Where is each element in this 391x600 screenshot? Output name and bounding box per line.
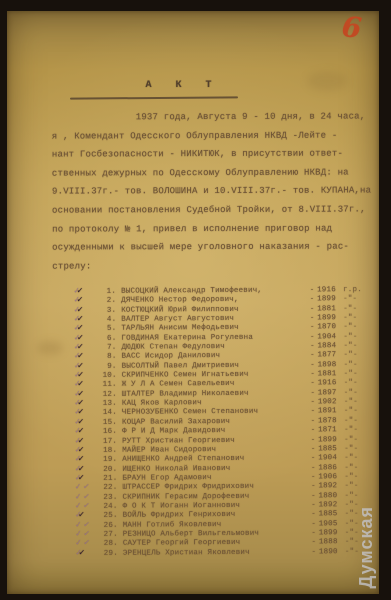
row-number: 13.: [99, 400, 117, 408]
checkmarks: ✓✓: [76, 550, 100, 557]
check-icon: ✓: [78, 465, 84, 472]
ditto-mark: г.р.: [343, 286, 371, 294]
separator-dash: -: [308, 370, 318, 378]
separator-dash: -: [309, 501, 319, 509]
birth-year: 1916: [318, 380, 344, 388]
separator-dash: -: [308, 492, 318, 500]
person-name: САУТЕР Георгий Георгиевич: [123, 539, 309, 548]
row-number: 10.: [99, 372, 117, 380]
birth-year: 1905: [319, 520, 345, 528]
ditto-mark: -"-: [344, 445, 372, 453]
check-icon: ✓: [77, 353, 83, 360]
ditto-mark: -"-: [343, 314, 371, 322]
person-name: ВЫСОЛТЫЙ Павел Дмитриевич: [122, 361, 308, 370]
separator-dash: -: [309, 511, 319, 519]
check-icon: ✓: [77, 428, 83, 435]
row-number: 8.: [99, 353, 117, 361]
person-name: ДЯЧЕНКО Нестор Федорович,: [121, 296, 307, 305]
ditto-mark: -"-: [344, 389, 372, 397]
birth-year: 1904: [317, 333, 343, 341]
row-number: 15.: [99, 419, 117, 427]
check-icon: ✓: [78, 549, 84, 556]
handwritten-page-number: 6: [340, 10, 363, 45]
person-name: ВАЛТЕР Август Августович: [121, 314, 307, 323]
ditto-mark: -"-: [344, 435, 372, 443]
birth-year: 1899: [317, 296, 343, 304]
check-icon: ✓: [77, 297, 83, 304]
person-name: КОСТЮЦКИЙ Юрий Филиппович: [121, 305, 307, 314]
person-name: МАНН Готлиб Яковлевич: [123, 520, 309, 529]
birth-year: 1891: [318, 408, 344, 416]
separator-dash: -: [308, 436, 318, 444]
ditto-mark: -"-: [343, 342, 371, 350]
ditto-mark: -"-: [344, 473, 372, 481]
birth-year: 1885: [319, 510, 345, 518]
checkmarks: ✓✓: [74, 297, 98, 304]
birth-year: 1870: [317, 324, 343, 332]
separator-dash: -: [307, 296, 317, 304]
check-icon: ✓: [83, 540, 90, 548]
ditto-mark: -"-: [344, 398, 372, 406]
birth-year: 1881: [317, 305, 343, 313]
row-number: 28.: [100, 540, 118, 548]
birth-year: 1886: [318, 464, 344, 472]
person-name: РУТТ Христиан Георгиевич: [122, 436, 308, 445]
person-name: БРАУН Егор Адамович: [122, 473, 308, 482]
separator-dash: -: [307, 342, 317, 350]
separator-dash: -: [307, 324, 317, 332]
title-underline: [70, 96, 238, 99]
birth-year: 1888: [319, 538, 345, 546]
person-name: КОЦАР Василий Захарович: [122, 417, 308, 426]
paragraph-line: осужденными к высшей мере уголовного нак…: [52, 242, 378, 262]
row-number: 29.: [100, 549, 118, 557]
separator-dash: -: [307, 286, 317, 294]
birth-year: 1884: [317, 342, 343, 350]
executed-list: ✓✓1.ВЫСОЦКИЙ Александр Тимофеевич,-1916г…: [74, 286, 380, 559]
paragraph-line: по протоколу № 1, привел в исполнение пр…: [52, 223, 378, 243]
paragraph-line: 9.VIII.37г.- тов. ВОЛОШИНА и 10.VIII.37г…: [52, 186, 378, 206]
person-name: СКРИПЧЕНКО Семен Игнатьевич: [122, 371, 308, 380]
ditto-mark: -"-: [344, 370, 372, 378]
document-page: 6 А К Т 1937 года, Августа 9 - 10 дня, в…: [7, 11, 379, 594]
birth-year: 1898: [318, 361, 344, 369]
check-icon: ✓: [83, 484, 90, 492]
person-name: Ж У Л А Семен Савельевич: [122, 380, 308, 389]
check-icon: ✓: [77, 325, 83, 332]
separator-dash: -: [307, 305, 317, 313]
row-number: 2.: [98, 297, 116, 305]
birth-year: 1871: [318, 426, 344, 434]
separator-dash: -: [308, 455, 318, 463]
checkmarks: ✓✓: [75, 363, 99, 370]
paragraph-line: основании постановления Судебной Тройки,…: [52, 204, 378, 224]
ditto-mark: -"-: [344, 492, 372, 500]
checkmarks: ✓✓: [75, 409, 99, 416]
row-number: 6.: [98, 334, 116, 342]
paragraph-line: стрелу:: [52, 260, 378, 280]
person-name: ВОЙЛЬ Фридрих Генрихович: [123, 511, 309, 520]
check-icon: ✓: [75, 484, 81, 492]
person-name: МАЙЕР Иван Сидорович: [122, 445, 308, 454]
checkmarks: ✓✓: [75, 493, 99, 500]
checkmarks: ✓✓: [75, 353, 99, 360]
person-name: ГОВДИНАЯ Екатерина Рогулевна: [121, 333, 307, 342]
birth-year: 1890: [319, 548, 345, 556]
separator-dash: -: [309, 548, 319, 556]
ditto-mark: -"-: [344, 426, 372, 434]
person-name: ВЫСОЦКИЙ Александр Тимофеевич,: [121, 286, 307, 295]
row-number: 7.: [98, 344, 116, 352]
separator-dash: -: [308, 445, 318, 453]
separator-dash: -: [307, 333, 317, 341]
separator-dash: -: [308, 380, 318, 388]
row-number: 23.: [99, 493, 117, 501]
check-icon: ✓: [78, 456, 84, 463]
check-icon: ✓: [77, 409, 83, 416]
checkmarks: ✓✓: [74, 335, 98, 342]
separator-dash: -: [308, 398, 318, 406]
birth-year: 1916: [317, 286, 343, 294]
row-number: 12.: [99, 391, 117, 399]
check-icon: ✓: [78, 512, 84, 519]
list-row: ✓✓29.ЭРЕНЦЕЛЬ Христиан Яковлевич-1890-"-: [76, 548, 380, 559]
separator-dash: -: [308, 352, 318, 360]
row-number: 17.: [99, 437, 117, 445]
birth-year: 1899: [318, 436, 344, 444]
checkmarks: ✓✓: [75, 428, 99, 435]
ditto-mark: -"-: [344, 417, 372, 425]
separator-dash: -: [308, 389, 318, 397]
row-number: 20.: [99, 465, 117, 473]
separator-dash: -: [309, 539, 319, 547]
person-name: СКРИПНИК Герасим Дорофеевич: [122, 492, 308, 501]
ditto-mark: -"-: [344, 464, 372, 472]
person-name: ЭРЕНЦЕЛЬ Христиан Яковлевич: [123, 548, 309, 557]
person-name: ДЮДЮК Степан Федулович: [121, 342, 307, 351]
separator-dash: -: [309, 529, 319, 537]
ditto-mark: -"-: [344, 379, 372, 387]
separator-dash: -: [307, 314, 317, 322]
document-photo: 6 А К Т 1937 года, Августа 9 - 10 дня, в…: [0, 0, 391, 600]
check-icon: ✓: [83, 503, 90, 511]
checkmarks: ✓✓: [76, 512, 100, 519]
person-name: РЕЗНИЦО Альберт Вильгельмович: [123, 529, 309, 538]
ditto-mark: -"-: [343, 323, 371, 331]
birth-year: 1892: [319, 501, 345, 509]
person-name: АНИЩЕНКО Андрей Степанович: [122, 455, 308, 464]
person-name: КАЦ Яков Карлович: [122, 399, 308, 408]
person-name: ЧЕРНОЗУБЕНКО Семен Степанович: [122, 408, 308, 417]
checkmarks: ✓✓: [75, 465, 99, 472]
checkmarks: ✓✓: [76, 521, 100, 528]
separator-dash: -: [308, 417, 318, 425]
checkmarks: ✓✓: [75, 437, 99, 444]
ditto-mark: -"-: [344, 407, 372, 415]
birth-year: 1899: [319, 529, 345, 537]
row-number: 22.: [99, 484, 117, 492]
document-title: А К Т: [123, 80, 243, 91]
birth-year: 1897: [318, 389, 344, 397]
paragraph-line: нант Госбезопасности - НИКИТЮК, в присут…: [52, 149, 378, 169]
person-name: Ф Р И Д Марк Давидович: [122, 427, 308, 436]
row-number: 14.: [99, 409, 117, 417]
person-name: ИЩЕНКО Николай Иванович: [122, 464, 308, 473]
separator-dash: -: [308, 473, 318, 481]
row-number: 4.: [98, 316, 116, 324]
birth-year: 1878: [318, 417, 344, 425]
person-name: ТАРЛЬЯН Анисим Мефодьевич: [121, 324, 307, 333]
watermark-dumskaya: Думская: [356, 506, 377, 588]
paragraph-line: 1937 года, Августа 9 - 10 дня, в 24 часа…: [52, 111, 378, 131]
person-name: Ф О К Т Иоганн Иоганнович: [123, 501, 309, 510]
birth-year: 1885: [318, 445, 344, 453]
row-number: 27.: [100, 531, 118, 539]
paragraph-line: я , Комендант Одесского Облуправления НК…: [52, 130, 378, 150]
ditto-mark: -"-: [344, 361, 372, 369]
row-number: 18.: [99, 447, 117, 455]
ditto-mark: -"-: [343, 295, 371, 303]
birth-year: 1880: [318, 492, 344, 500]
birth-year: 1892: [318, 482, 344, 490]
row-number: 11.: [99, 381, 117, 389]
checkmarks: ✓✓: [75, 381, 99, 388]
birth-year: 1881: [318, 370, 344, 378]
separator-dash: -: [308, 427, 318, 435]
ditto-mark: -"-: [344, 482, 372, 490]
person-name: ВАСС Исидор Данилович: [122, 352, 308, 361]
birth-year: 1899: [317, 314, 343, 322]
row-number: 1.: [98, 288, 116, 296]
paragraph-line: ственных дежурных по Одесскому Облуправл…: [52, 167, 378, 187]
checkmarks: ✓✓: [75, 484, 99, 491]
checkmarks: ✓✓: [76, 540, 100, 547]
person-name: ШТАЛТЕР Владимир Николаевич: [122, 389, 308, 398]
row-number: 24.: [100, 503, 118, 511]
separator-dash: -: [309, 520, 319, 528]
row-number: 19.: [99, 456, 117, 464]
separator-dash: -: [308, 483, 318, 491]
checkmarks: ✓✓: [75, 391, 99, 398]
check-icon: ✓: [77, 381, 83, 388]
person-name: ШТРАССЕР Фридрих Фридрихович: [122, 483, 308, 492]
ditto-mark: -"-: [343, 305, 371, 313]
act-paragraph: 1937 года, Августа 9 - 10 дня, в 24 часа…: [52, 111, 379, 279]
paper-stain: [37, 341, 63, 355]
row-number: 16.: [99, 428, 117, 436]
row-number: 3.: [98, 306, 116, 314]
paper-stain: [307, 71, 347, 91]
ditto-mark: -"-: [344, 351, 372, 359]
row-number: 9.: [99, 363, 117, 371]
check-icon: ✓: [78, 437, 84, 444]
checkmarks: ✓✓: [74, 325, 98, 332]
separator-dash: -: [308, 361, 318, 369]
birth-year: 1877: [318, 352, 344, 360]
ditto-mark: -"-: [344, 454, 372, 462]
birth-year: 1904: [318, 454, 344, 462]
checkmarks: ✓✓: [74, 307, 98, 314]
birth-year: 1906: [318, 473, 344, 481]
birth-year: 1902: [318, 398, 344, 406]
ditto-mark: -"-: [343, 333, 371, 341]
separator-dash: -: [308, 464, 318, 472]
check-icon: ✓: [75, 540, 81, 548]
separator-dash: -: [308, 408, 318, 416]
row-number: 26.: [100, 521, 118, 529]
checkmarks: ✓✓: [75, 419, 99, 426]
checkmarks: ✓✓: [75, 456, 99, 463]
row-number: 25.: [100, 512, 118, 520]
row-number: 5.: [98, 325, 116, 333]
row-number: 21.: [99, 475, 117, 483]
